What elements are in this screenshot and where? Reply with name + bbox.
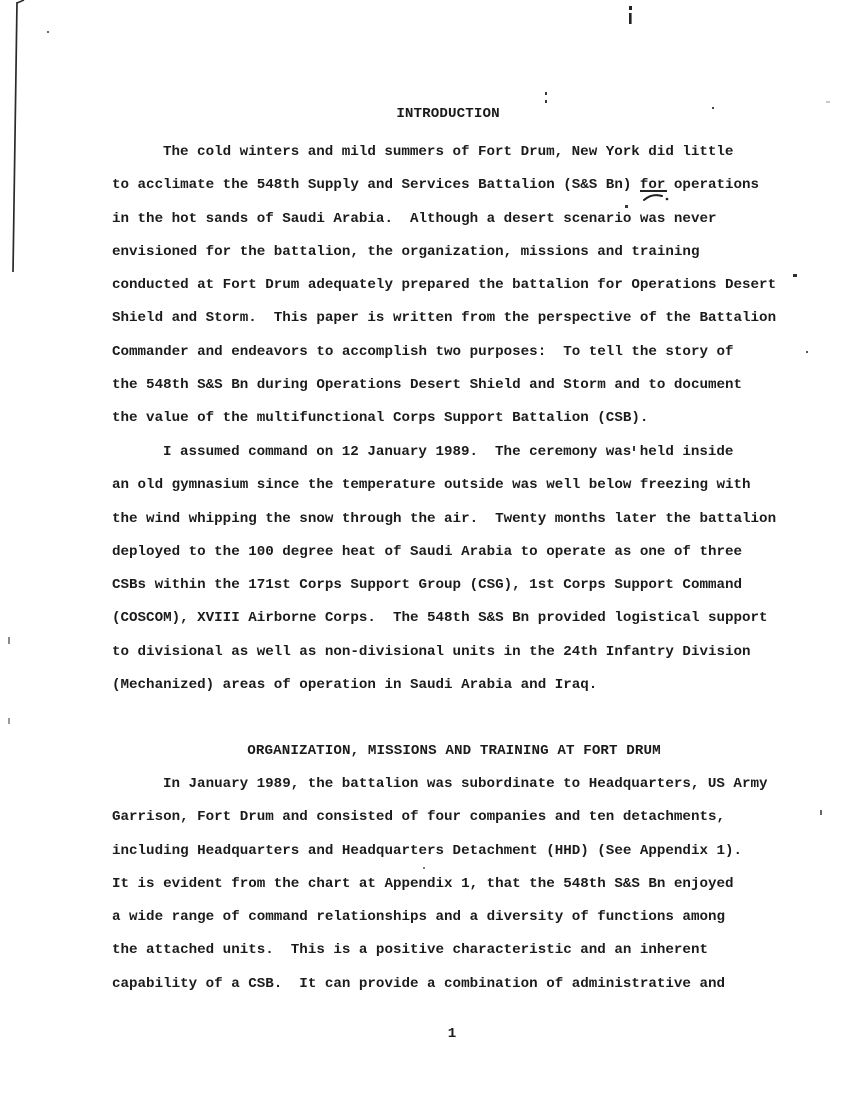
paragraph-intro-1: The cold winters and mild summers of For… (112, 136, 812, 436)
ink-speck (826, 101, 830, 103)
scan-corner-line (4, 0, 34, 280)
page-number: 1 (112, 1018, 792, 1051)
text-line: (Mechanized) areas of operation in Saudi… (112, 669, 812, 702)
text-line: In January 1989, the battalion was subor… (112, 768, 812, 801)
ink-speck (820, 810, 822, 815)
text-line: (COSCOM), XVIII Airborne Corps. The 548t… (112, 602, 812, 635)
left-edge-dash (8, 637, 10, 644)
section-heading-organization: ORGANIZATION, MISSIONS AND TRAINING AT F… (112, 735, 796, 768)
document-page: INTRODUCTION The cold winters and mild s… (0, 0, 850, 1099)
text-line: in the hot sands of Saudi Arabia. Althou… (112, 203, 812, 236)
text-line: the 548th S&S Bn during Operations Deser… (112, 369, 812, 402)
text-line: envisioned for the battalion, the organi… (112, 236, 812, 269)
text-line: a wide range of command relationships an… (112, 901, 812, 934)
text-line: capability of a CSB. It can provide a co… (112, 968, 812, 1001)
text-line: an old gymnasium since the temperature o… (112, 469, 812, 502)
text-line: to divisional as well as non-divisional … (112, 636, 812, 669)
text-line: deployed to the 100 degree heat of Saudi… (112, 536, 812, 569)
text-line: conducted at Fort Drum adequately prepar… (112, 269, 812, 302)
text-line: The cold winters and mild summers of For… (112, 136, 812, 169)
text-line: I assumed command on 12 January 1989. Th… (112, 436, 812, 469)
left-edge-dash (8, 718, 10, 724)
paragraph-intro-2: I assumed command on 12 January 1989. Th… (112, 436, 812, 702)
text-line: CSBs within the 171st Corps Support Grou… (112, 569, 812, 602)
text-line: Garrison, Fort Drum and consisted of fou… (112, 801, 812, 834)
text-line: the wind whipping the snow through the a… (112, 503, 812, 536)
text-line: to acclimate the 548th Supply and Servic… (112, 169, 812, 202)
ink-smudge-dagger-icon (627, 5, 635, 27)
ink-speck (47, 31, 49, 33)
text-line: Commander and endeavors to accomplish tw… (112, 336, 812, 369)
section-heading-introduction: INTRODUCTION (112, 98, 784, 131)
text-line: It is evident from the chart at Appendix… (112, 868, 812, 901)
text-line: including Headquarters and Headquarters … (112, 835, 812, 868)
text-line: the value of the multifunctional Corps S… (112, 402, 812, 435)
text-line: Shield and Storm. This paper is written … (112, 302, 812, 335)
text-line: the attached units. This is a positive c… (112, 934, 812, 967)
paragraph-organization-1: In January 1989, the battalion was subor… (112, 768, 812, 1001)
